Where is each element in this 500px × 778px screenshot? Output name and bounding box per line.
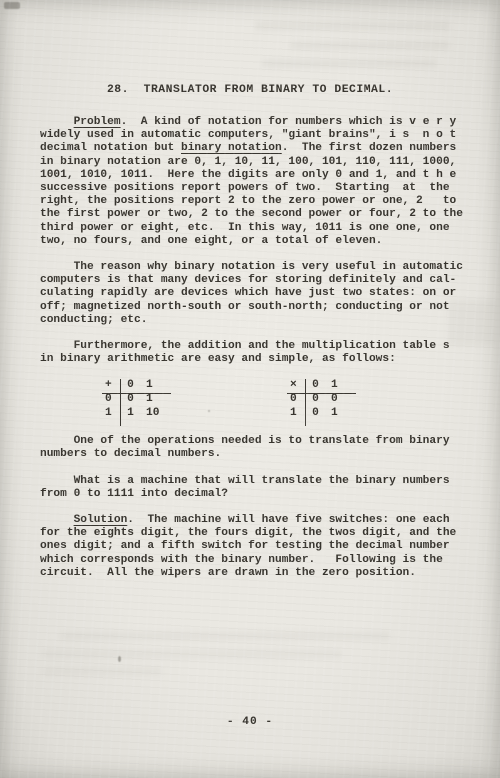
- table-cell: 0: [326, 393, 353, 407]
- text-line: in binary notation are 0, 1, 10, 11, 100…: [40, 156, 470, 169]
- text-line: in binary arithmetic are easy and simple…: [40, 353, 470, 366]
- page-number: - 40 -: [0, 716, 500, 728]
- text-line: for the eights digit, the fours digit, t…: [40, 527, 470, 540]
- text-line: Problem. A kind of notation for numbers …: [40, 116, 470, 129]
- table-vertical-rule: [305, 379, 306, 426]
- bleedthrough-smudge: [42, 668, 162, 675]
- scan-artifact-speck: [4, 2, 20, 9]
- text-line: computers is that many devices for stori…: [40, 274, 470, 287]
- text-line: the first power or two, 2 to the second …: [40, 208, 470, 221]
- addition-table: + 0 1 0 0 1 1 1 10: [104, 379, 168, 420]
- operations-paragraph: One of the operations needed is to trans…: [40, 435, 470, 461]
- table-cell: 1: [289, 407, 305, 421]
- reason-paragraph: The reason why binary notation is very u…: [40, 261, 470, 327]
- text-line: third power or eight, etc. In this way, …: [40, 222, 470, 235]
- table-cell: 10: [141, 407, 168, 421]
- text-line: decimal notation but binary notation. Th…: [40, 142, 470, 155]
- text-line: successive positions report powers of tw…: [40, 182, 470, 195]
- table-vertical-rule: [120, 379, 121, 426]
- body-text-top: Problem. A kind of notation for numbers …: [0, 116, 500, 366]
- text-line: two, no fours, and one eight, or a total…: [40, 235, 470, 248]
- table-cell: 0: [305, 393, 326, 407]
- furthermore-paragraph: Furthermore, the addition and the multip…: [40, 340, 470, 366]
- bleedthrough-smudge: [255, 22, 450, 30]
- text-line: Furthermore, the addition and the multip…: [40, 340, 470, 353]
- text-line: 1001, 1010, 1011. Here the digits are on…: [40, 169, 470, 182]
- text-line: from 0 to 1111 into decimal?: [40, 488, 470, 501]
- text-line: numbers to decimal numbers.: [40, 448, 470, 461]
- multiplication-table: × 0 1 0 0 0 1 0 1: [289, 379, 353, 420]
- binary-arithmetic-tables: + 0 1 0 0 1 1 1 10 × 0 1 0 0 0 1 0 1: [104, 379, 500, 420]
- scan-artifact-speck: [118, 656, 121, 662]
- text-line: The reason why binary notation is very u…: [40, 261, 470, 274]
- text-line: One of the operations needed is to trans…: [40, 435, 470, 448]
- table-cell: 1: [104, 407, 120, 421]
- bleedthrough-smudge: [60, 632, 390, 640]
- text-line: right, the positions report 2 to the zer…: [40, 195, 470, 208]
- problem-paragraph: Problem. A kind of notation for numbers …: [40, 116, 470, 248]
- text-line: widely used in automatic computers, "gia…: [40, 129, 470, 142]
- text-line: ones digit; and a fifth switch for testi…: [40, 540, 470, 553]
- text-line: circuit. All the wipers are drawn in the…: [40, 567, 470, 580]
- text-line: conducting; etc.: [40, 314, 470, 327]
- table-horizontal-rule: [102, 393, 171, 394]
- body-text-bottom: One of the operations needed is to trans…: [0, 435, 500, 580]
- question-paragraph: What is a machine that will translate th…: [40, 475, 470, 501]
- scanned-book-page: 28. TRANSLATOR FROM BINARY TO DECIMAL. P…: [0, 0, 500, 778]
- text-line: Solution. The machine will have five swi…: [40, 514, 470, 527]
- bleedthrough-smudge: [42, 650, 342, 658]
- table-cell: 0: [305, 379, 326, 393]
- table-cell: 1: [141, 379, 168, 393]
- table-cell: 1: [120, 407, 141, 421]
- bleedthrough-smudge: [290, 42, 450, 49]
- solution-paragraph: Solution. The machine will have five swi…: [40, 514, 470, 580]
- text-line: culating rapidly are devices which have …: [40, 287, 470, 300]
- table-cell: 0: [120, 393, 141, 407]
- text-line: What is a machine that will translate th…: [40, 475, 470, 488]
- text-line: which corresponds with the binary number…: [40, 554, 470, 567]
- bleedthrough-smudge: [262, 60, 437, 67]
- section-title: 28. TRANSLATOR FROM BINARY TO DECIMAL.: [0, 84, 500, 96]
- plus-operator: +: [104, 379, 120, 393]
- table-cell: 1: [326, 407, 353, 421]
- table-cell: 0: [120, 379, 141, 393]
- table-horizontal-rule: [287, 393, 356, 394]
- text-line: off; magnetized north-south or south-nor…: [40, 301, 470, 314]
- table-cell: 0: [289, 393, 305, 407]
- times-operator: ×: [289, 379, 305, 393]
- table-cell: 0: [104, 393, 120, 407]
- table-cell: 1: [141, 393, 168, 407]
- table-cell: 1: [326, 379, 353, 393]
- table-cell: 0: [305, 407, 326, 421]
